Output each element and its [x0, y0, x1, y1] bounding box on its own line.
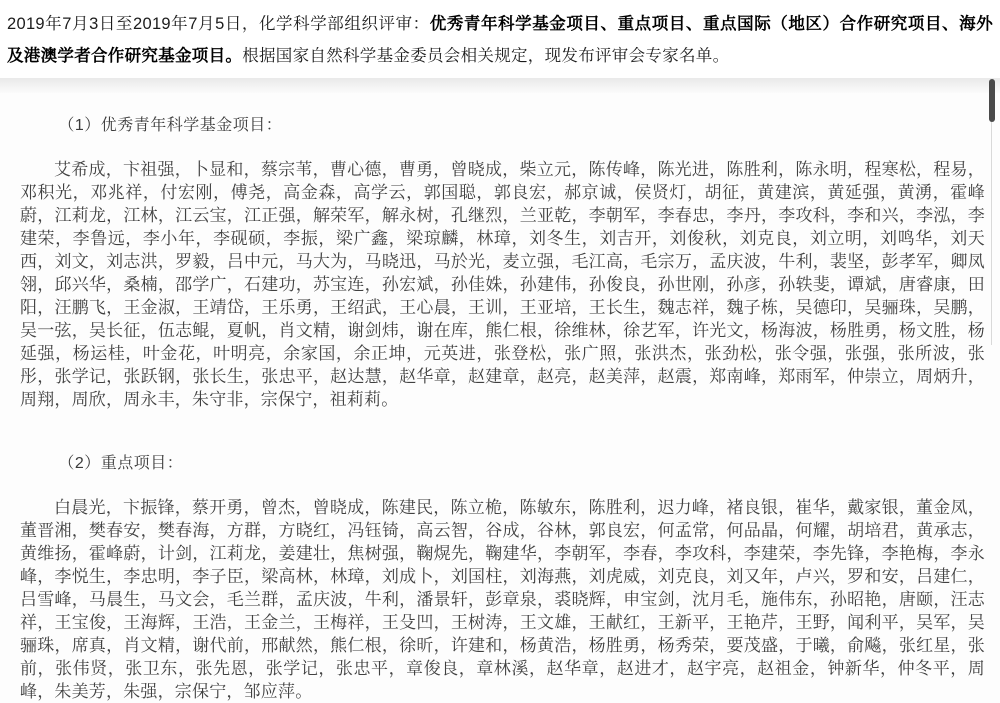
section-2-heading: （2）重点项目： [20, 453, 985, 475]
section-1-expert-names: 艾希成，卞祖强，卜显和，蔡宗苇，曹心德，曹勇，曾晓成，柴立元，陈传峰，陈光进，陈… [20, 158, 985, 411]
announcement-paragraph: 2019年7月3日至2019年7月5日，化学科学部组织评审：优秀青年科学基金项目… [0, 0, 1000, 72]
announcement-intro: 2019年7月3日至2019年7月5日，化学科学部组织评审： [7, 15, 430, 33]
section-1-heading: （1）优秀青年科学基金项目： [20, 115, 985, 137]
announcement-tail: 根据国家自然科学基金委员会相关规定，现发布评审会专家名单。 [242, 47, 729, 65]
expert-list-document: （1）优秀青年科学基金项目： 艾希成，卞祖强，卜显和，蔡宗苇，曹心德，曹勇，曾晓… [0, 93, 1000, 703]
embedded-image-top-edge [0, 78, 1000, 93]
section-2-expert-names: 白晨光，卞振锋，蔡开勇，曾杰，曾晓成，陈建民，陈立桅，陈敏东，陈胜利，迟力峰，褚… [20, 496, 985, 703]
scrollbar-track[interactable] [991, 97, 992, 345]
section-youth-fund: （1）优秀青年科学基金项目： 艾希成，卞祖强，卜显和，蔡宗苇，曹心德，曹勇，曾晓… [20, 115, 985, 411]
scrollbar-thumb[interactable] [989, 79, 995, 122]
section-key-projects: （2）重点项目： 白晨光，卞振锋，蔡开勇，曾杰，曾晓成，陈建民，陈立桅，陈敏东，… [20, 453, 985, 703]
article-page: 2019年7月3日至2019年7月5日，化学科学部组织评审：优秀青年科学基金项目… [0, 0, 1000, 703]
